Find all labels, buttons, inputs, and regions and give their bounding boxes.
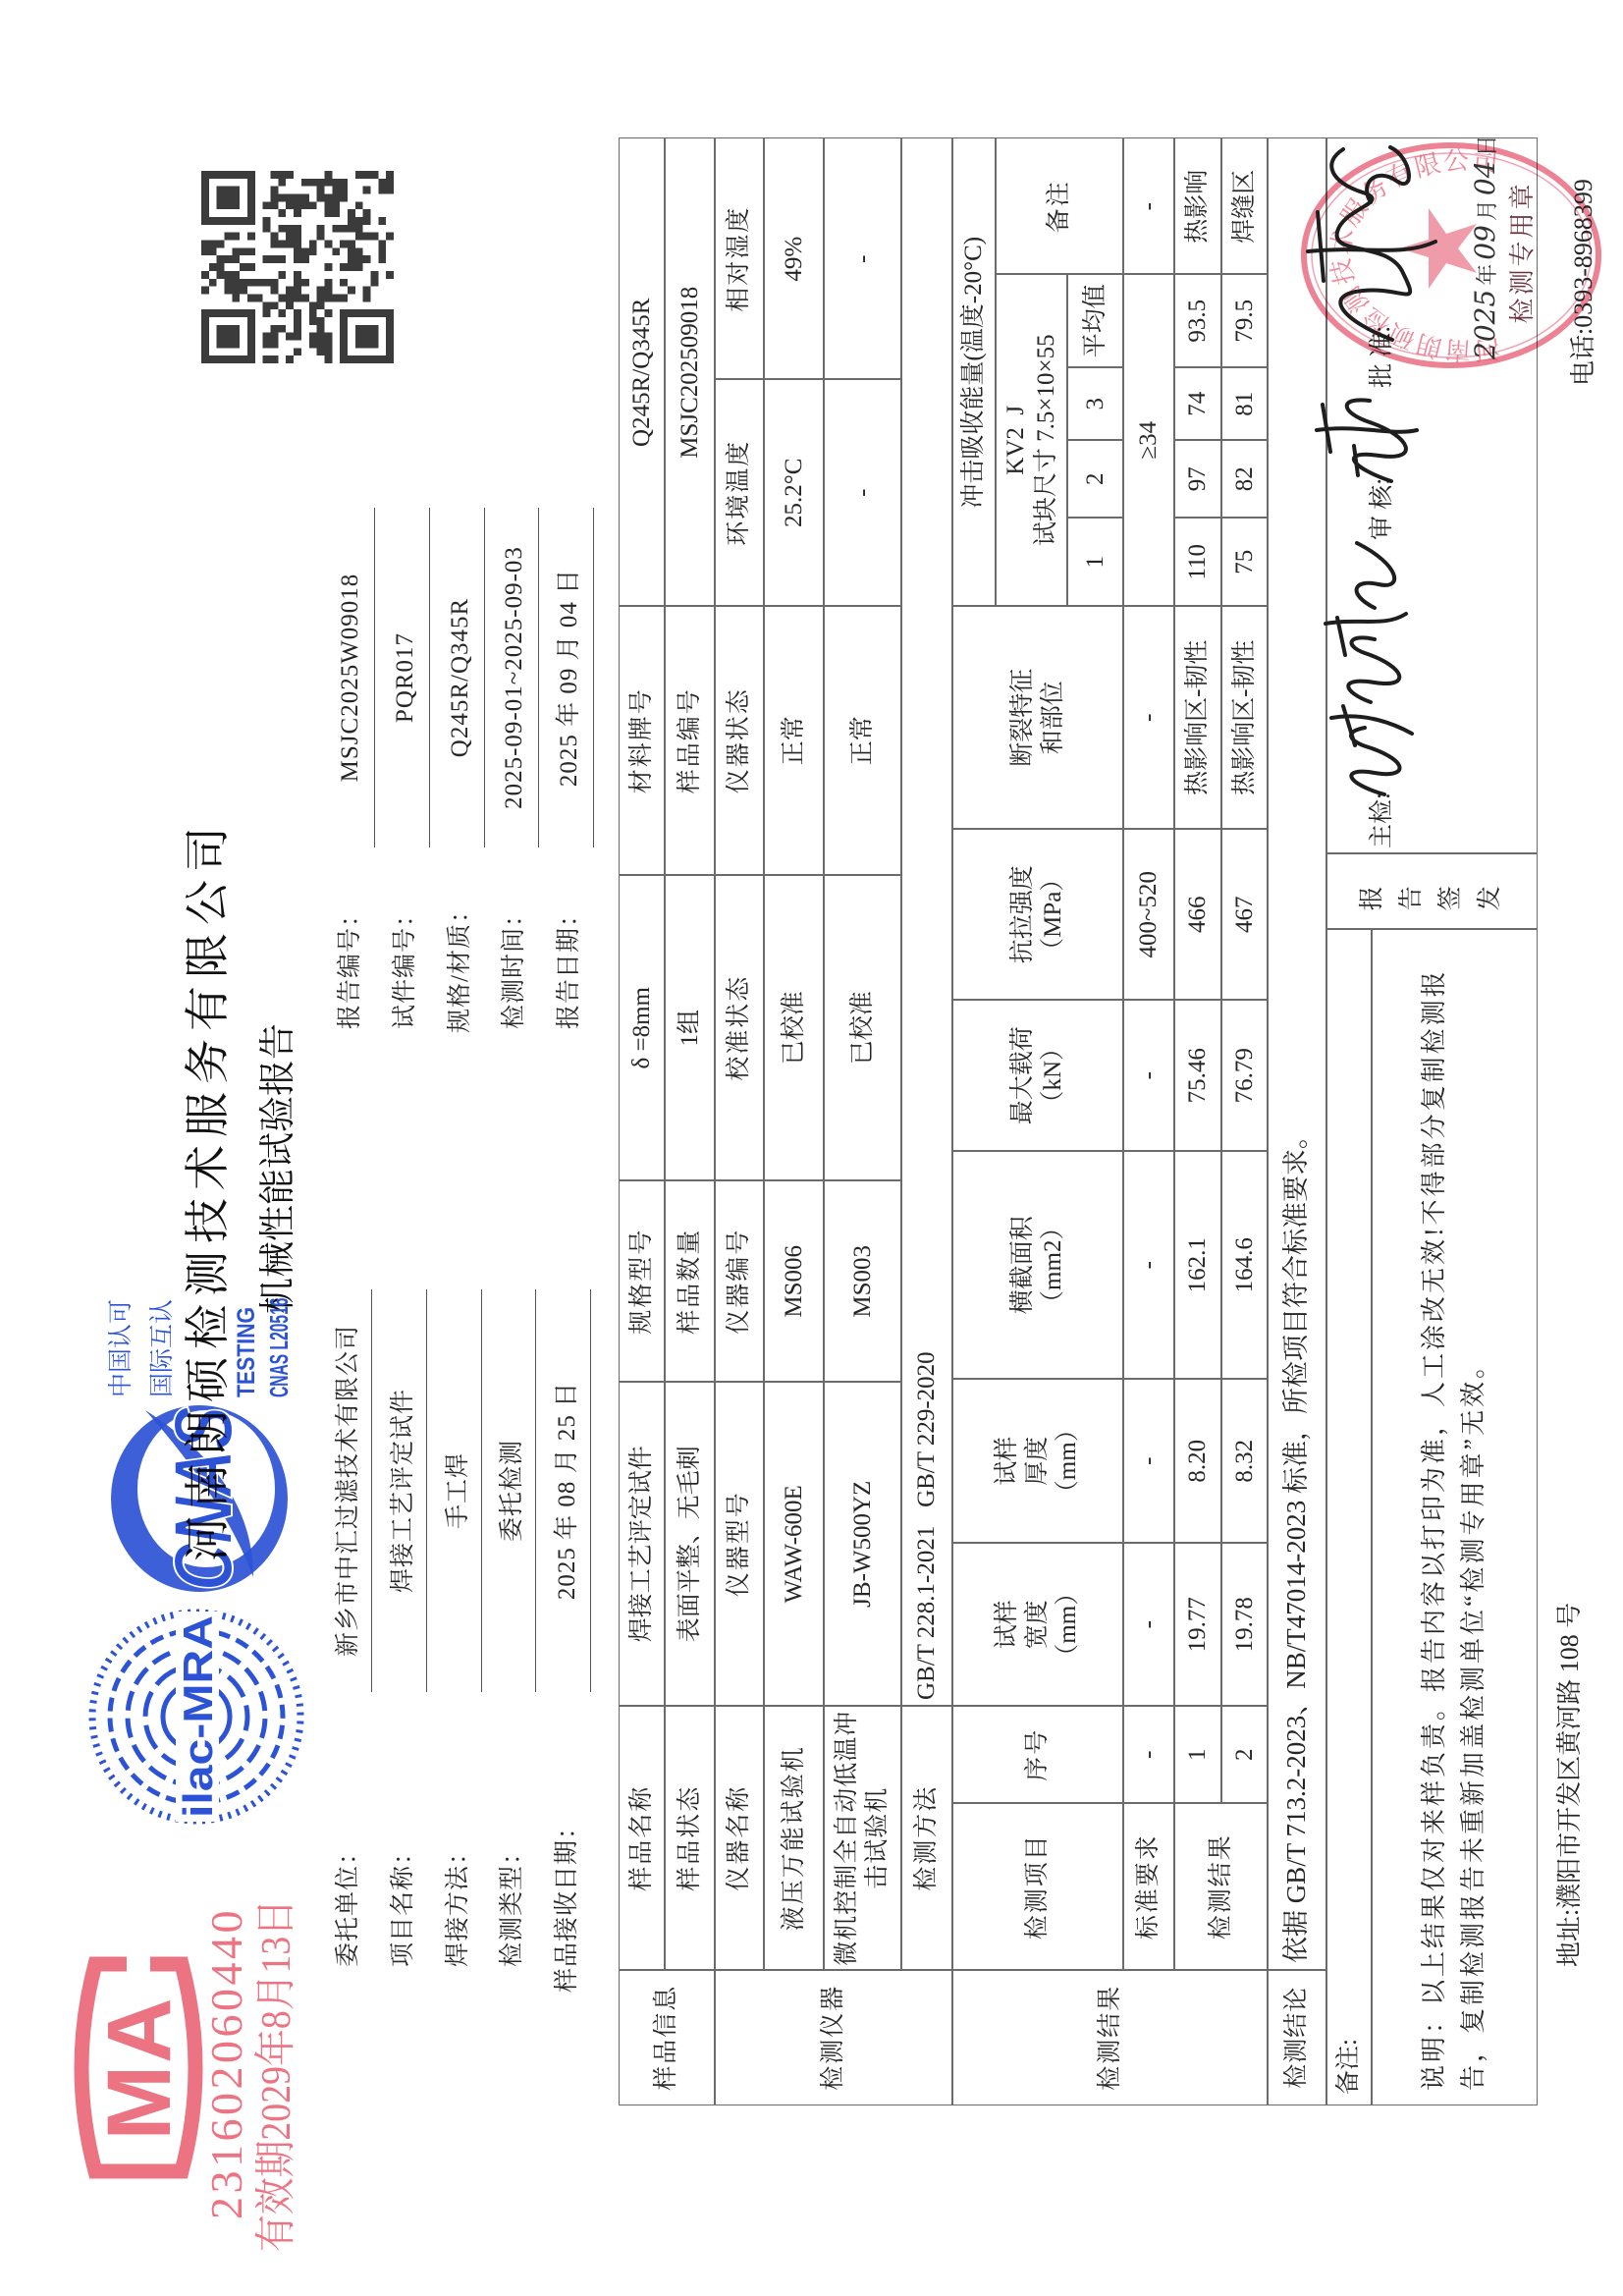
table-row-cell: 1 [1173, 1706, 1222, 1805]
cma-validity: 有效期2029年8月13日 [253, 1899, 300, 2252]
field-label-spec-material: 规格/材质： [446, 857, 475, 1073]
field-value-test-period: 2025-09-01~2025-09-03 [500, 508, 529, 847]
footer-phone: 电话:0393-8968399 [1569, 179, 1598, 386]
date-month-unit: 月 [1475, 199, 1499, 221]
header-impact-unit: KV2 J 试块尺寸 7.5×10×55 [995, 274, 1068, 608]
value-material-grade: Q245R/Q345R [619, 138, 666, 608]
underline [426, 1289, 427, 1692]
footer-address: 地址:濮阳市开发区黄河路 108 号 [1555, 1603, 1585, 1967]
table-row-cell: - [1122, 1706, 1175, 1805]
field-value-project: 焊接工艺评定试件 [389, 1289, 418, 1692]
header-impact-2: 2 [1066, 440, 1124, 519]
cma-code: 231602060440 [202, 1907, 251, 2219]
field-label-test-period: 检测时间： [500, 857, 529, 1073]
table-row-cell: 164.6 [1220, 1151, 1269, 1381]
header-calibration-state: 校准状态 [714, 875, 765, 1182]
table-row-cell: 97 [1173, 440, 1222, 519]
section-instruments: 检测仪器 [714, 1970, 953, 2106]
table-row-cell: MS006 [763, 1180, 825, 1384]
table-row-cell: 75.46 [1173, 1000, 1222, 1153]
date-year-unit: 年 [1475, 264, 1499, 286]
date-month: 09 [1469, 225, 1501, 260]
table-row-cell: 467 [1220, 829, 1269, 1002]
table-row-cell: WAW-600E [763, 1382, 825, 1708]
label-sample-no: 样品编号 [664, 606, 716, 877]
underline [538, 508, 539, 847]
date-year: 2025 [1469, 290, 1501, 359]
value-test-method: GB/T 228.1-2021 GB/T 229-2020 [900, 138, 953, 1708]
header-impact-energy: 冲击吸收能量(温度-20°C) [951, 138, 997, 608]
field-label-client: 委托单位： [334, 1795, 363, 2011]
table-row-cell: - [1122, 606, 1175, 831]
field-value-client: 新乡市中汇过滤技术有限公司 [334, 1289, 363, 1692]
cnas-accreditation-no: CNAS L20516 [265, 1298, 293, 1397]
header-cross-section: 横截面积 （mm2） [951, 1151, 1124, 1381]
field-value-welding-method: 手工焊 [444, 1289, 473, 1692]
table-row-cell: 162.1 [1173, 1151, 1222, 1381]
table-row-cell: 热影响区-韧性 [1220, 606, 1269, 831]
report-page: 河南朗硕检测技术服务有限公司 机械性能试验报告 MA 231602060440 … [0, 0, 1623, 2296]
table-row-cell: 19.77 [1173, 1543, 1222, 1708]
header-instrument-model: 仪器型号 [714, 1382, 765, 1708]
value-sample-no: MSJC202509018 [664, 138, 716, 608]
table-row-cell: 93.5 [1173, 274, 1222, 369]
table-row-cell: 已校准 [823, 875, 902, 1182]
table-row-cell: - [1122, 1543, 1175, 1708]
table-row-cell: ≥34 [1122, 274, 1175, 608]
header-specimen-thickness: 试样 厚度 （mm） [951, 1379, 1124, 1545]
header-tensile-strength: 抗拉强度 （MPa） [951, 829, 1124, 1002]
table-row-cell: 81 [1220, 367, 1269, 442]
table-row-cell: 400~520 [1122, 829, 1175, 1002]
approver-signature-icon [1302, 141, 1441, 350]
field-value-report-no: MSJC2025W09018 [336, 508, 365, 847]
header-impact-average: 平均值 [1066, 274, 1124, 369]
header-remark: 备注 [995, 138, 1124, 276]
table-row-cell: 75 [1220, 518, 1269, 608]
header-impact-1: 1 [1066, 518, 1124, 608]
disclaimer-notes: 说明：以上结果仅对来样负责。报告内容以打印为准，人工涂改无效!不得部分复制检测报… [1371, 929, 1538, 2106]
table-row-cell: - [1122, 1151, 1175, 1381]
stamp-center-text: 检测专用章 [1508, 181, 1537, 323]
cma-logo-icon: MA [72, 1942, 205, 2193]
qr-code-icon [201, 171, 394, 363]
header-instrument-state: 仪器状态 [714, 606, 765, 877]
label-sample-state: 样品状态 [664, 1706, 716, 1972]
label-measured-results: 检测结果 [1173, 1803, 1269, 1972]
value-sample-qty: 1组 [664, 875, 716, 1182]
header-seq: 序号 [951, 1706, 1124, 1805]
table-row-cell: 焊缝区 [1220, 138, 1269, 276]
value-spec-model: δ =8mm [619, 875, 666, 1182]
header-test-item: 检测项目 [951, 1803, 1124, 1972]
header-impact-3: 3 [1066, 367, 1124, 442]
underline [371, 1289, 372, 1692]
underline [484, 508, 485, 847]
ilac-mark: ilac-MRA [175, 1615, 221, 1818]
underline [374, 508, 375, 847]
table-row-cell: 74 [1173, 367, 1222, 442]
cnas-line-2: 国际互认 [149, 1299, 177, 1397]
table-row-cell: 正常 [823, 606, 902, 877]
signoff-date: 2025年09月04日 [1469, 136, 1504, 359]
underline [535, 1289, 536, 1692]
header-ambient-temp: 环境温度 [714, 379, 765, 608]
underline [481, 1289, 482, 1692]
report-title: 机械性能试验报告 [260, 1023, 298, 1314]
reviewer-signature-icon [1309, 385, 1425, 489]
table-row-cell: 466 [1173, 829, 1222, 1002]
label-conclusion: 检测结论 [1267, 1970, 1327, 2106]
field-value-spec-material: Q245R/Q345R [446, 508, 475, 847]
cnas-line-3: TESTING [234, 1307, 259, 1397]
header-fracture: 断裂特征 和部位 [951, 606, 1124, 831]
cnas-line-1: 中国认可 [108, 1299, 135, 1397]
table-row-cell: - [823, 379, 902, 608]
value-sample-name: 焊接工艺评定试件 [619, 1382, 666, 1708]
underline [429, 508, 430, 847]
field-value-specimen-no: PQR017 [391, 508, 420, 847]
date-day: 04 [1469, 160, 1501, 195]
field-label-welding-method: 焊接方法： [444, 1795, 473, 2011]
date-day-unit: 日 [1475, 135, 1499, 156]
table-row-cell: 25.2°C [763, 379, 825, 608]
value-sample-state: 表面平整、无毛刺 [664, 1382, 716, 1708]
table-row-cell: 82 [1220, 440, 1269, 519]
label-report-signoff: 报告 签发 [1325, 853, 1538, 931]
field-label-test-type: 检测类型： [498, 1795, 527, 2011]
ilac-mra-logo-icon: ilac-MRA [83, 1604, 309, 1830]
label-sample-qty: 样品数量 [664, 1180, 716, 1384]
table-row-cell: 19.78 [1220, 1543, 1269, 1708]
remarks-field: 备注: [1325, 929, 1373, 2106]
table-row-cell: 热影响 [1173, 138, 1222, 276]
header-instrument-no: 仪器编号 [714, 1180, 765, 1384]
underline [593, 508, 594, 847]
table-row-cell: 110 [1173, 518, 1222, 608]
header-specimen-width: 试样 宽度 （mm） [951, 1543, 1124, 1708]
label-test-method: 检测方法 [900, 1706, 953, 1972]
table-row-cell: - [1122, 1000, 1175, 1153]
field-value-receipt-date: 2025 年 08 月 25 日 [553, 1289, 582, 1692]
field-label-receipt-date: 样品接收日期： [553, 1795, 582, 2011]
label-sample-name: 样品名称 [619, 1706, 666, 1972]
table-row-cell: - [823, 138, 902, 381]
cnas-mark: CNAS [157, 1406, 249, 1591]
table-row-cell: 8.20 [1173, 1379, 1222, 1545]
table-row-cell: - [1122, 1379, 1175, 1545]
table-row-cell: 已校准 [763, 875, 825, 1182]
table-row-cell: JB-W500YZ [823, 1382, 902, 1708]
table-row-cell: 液压万能试验机 [763, 1706, 825, 1972]
header-max-load: 最大载荷 （kN） [951, 1000, 1124, 1153]
table-row-cell: 微机控制全自动低温冲 击试验机 [823, 1706, 902, 1972]
header-instrument-name: 仪器名称 [714, 1706, 765, 1972]
label-material-grade: 材料牌号 [619, 606, 666, 877]
table-row-cell: 8.32 [1220, 1379, 1269, 1545]
label-standard-requirement: 标准要求 [1122, 1803, 1175, 1972]
underline [590, 1289, 591, 1692]
table-row-cell: 79.5 [1220, 274, 1269, 369]
label-spec-model: 规格型号 [619, 1180, 666, 1384]
field-label-report-date: 报告日期： [555, 857, 584, 1073]
table-row-cell: - [1122, 138, 1175, 276]
field-value-test-type: 委托检测 [498, 1289, 527, 1692]
table-row-cell: 49% [763, 138, 825, 381]
field-label-report-no: 报告编号： [336, 857, 365, 1073]
table-row-cell: 2 [1220, 1706, 1269, 1805]
table-row-cell: 热影响区-韧性 [1173, 606, 1222, 831]
field-label-project: 项目名称： [389, 1795, 418, 2011]
table-row-cell: 正常 [763, 606, 825, 877]
cma-mark: MA [89, 1995, 189, 2140]
inspector-signature-icon [1314, 537, 1424, 802]
cnas-logo-icon: CNAS [106, 1400, 293, 1597]
section-sample-info: 样品信息 [619, 1970, 716, 2106]
section-results: 检测结果 [951, 1970, 1269, 2106]
table-row-cell: 76.79 [1220, 1000, 1269, 1153]
field-label-specimen-no: 试件编号： [391, 857, 420, 1073]
header-humidity: 相对湿度 [714, 138, 765, 381]
field-value-report-date: 2025 年 09 月 04 日 [555, 508, 584, 847]
table-row-cell: MS003 [823, 1180, 902, 1384]
